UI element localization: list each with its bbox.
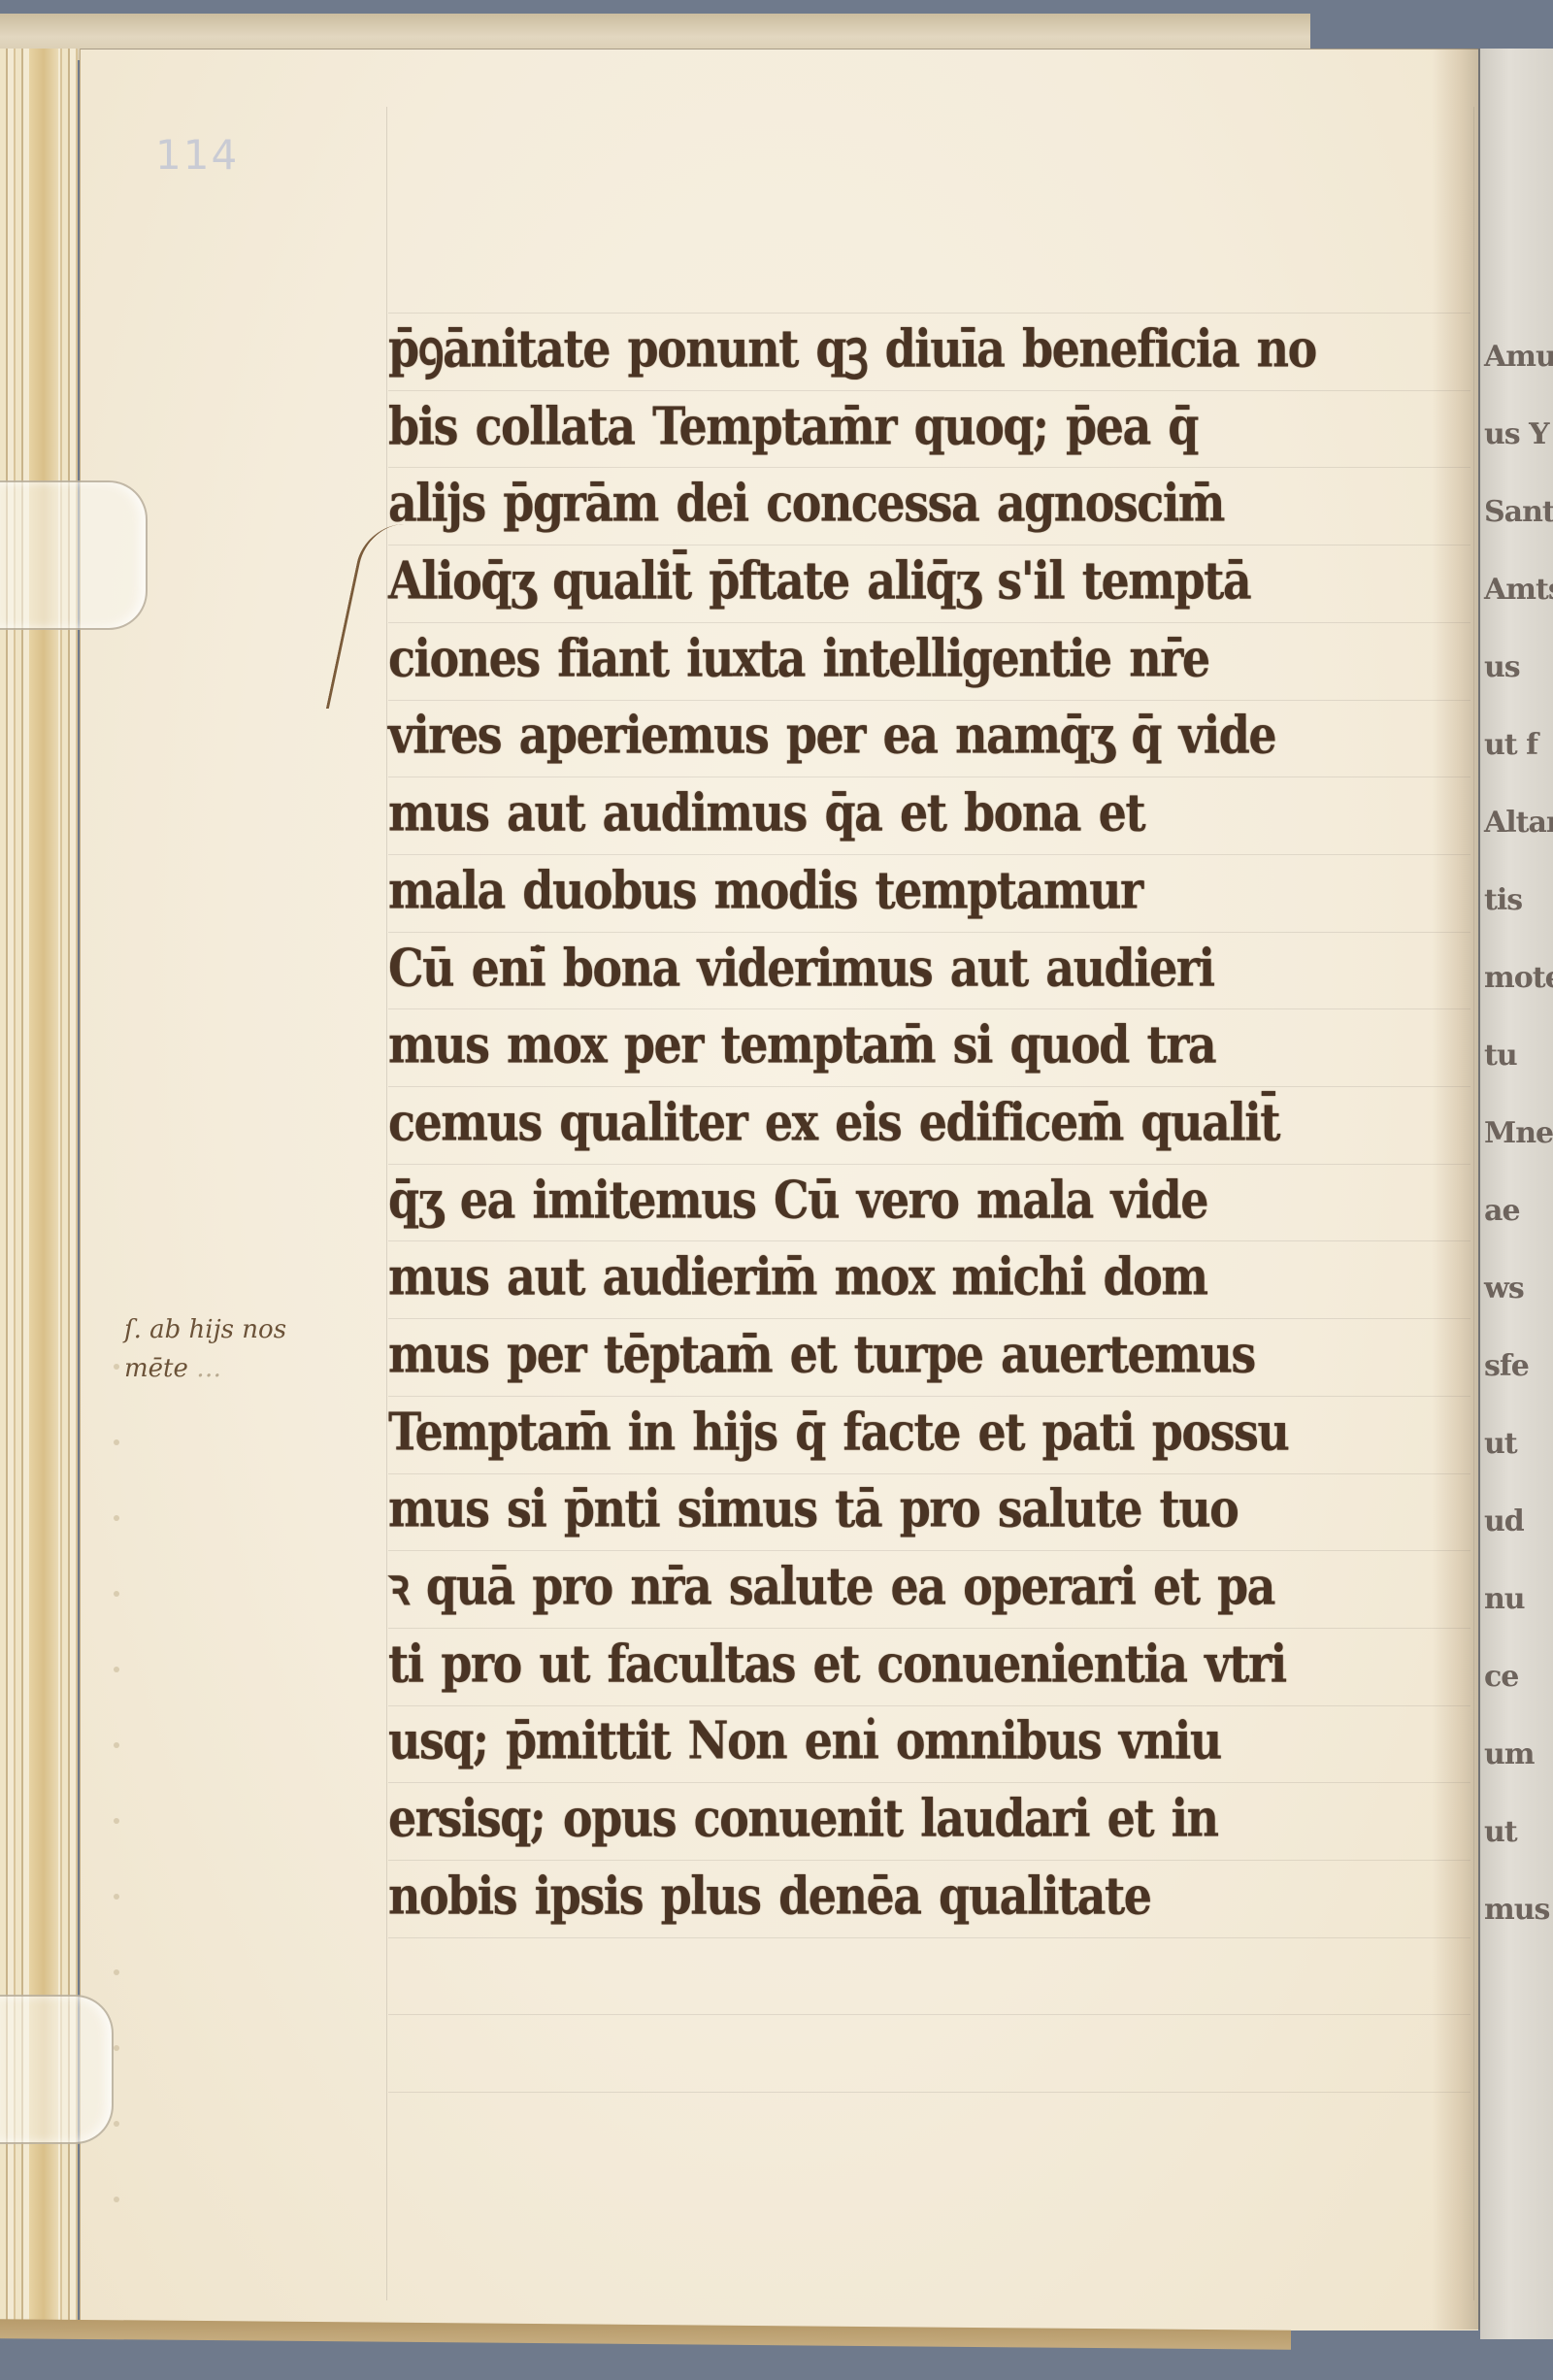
facing-page-text-fragment: ae	[1484, 1194, 1520, 1228]
pricking-hole	[114, 1591, 119, 1597]
pricking-hole	[114, 1818, 119, 1824]
pricking-hole	[114, 1515, 119, 1521]
facing-page-text-fragment: Santi	[1484, 495, 1553, 529]
facing-page-text-fragment: Amu	[1484, 340, 1553, 374]
text-line-2: bis collata Temptam̄r quoq; p̄ea q̄	[388, 382, 1475, 472]
pricking-hole	[114, 1894, 119, 1900]
pricking-hole	[114, 2045, 119, 2051]
pricking-hole	[114, 1742, 119, 1748]
text-line-11: cemus qualiter ex eis edificem̄ qualit̄	[388, 1078, 1475, 1168]
text-line-14: mus per tēptam̄ et turpe auertemus	[388, 1310, 1475, 1400]
facing-page-text-fragment: ut f	[1484, 728, 1537, 762]
facing-page-text-fragment: ws	[1484, 1272, 1524, 1306]
text-line-10: mus mox per temptam̄ si quod tra	[388, 1001, 1475, 1090]
pricking-hole	[114, 1364, 119, 1370]
text-line-1: p̄ꝯānitate ponunt qꝫ diuīa beneficia no	[388, 305, 1475, 394]
facing-page-text-fragment: nu	[1484, 1582, 1525, 1616]
text-line-13: mus aut audierim̄ mox michi dom	[388, 1233, 1475, 1322]
facing-page-text-fragment: us	[1484, 650, 1520, 684]
pricking-hole	[114, 1439, 119, 1445]
text-line-7: mus aut audimus q̄a et bona et	[388, 769, 1475, 858]
facing-page-text-fragment: ut	[1484, 1815, 1517, 1849]
marginal-annotation-line-1: ſ. ab hijs nos	[124, 1310, 286, 1349]
main-text-block: p̄ꝯānitate ponunt qꝫ diuīa beneficia no …	[388, 311, 1475, 1934]
text-line-15: Temptam̄ in hijs q̄ facte et pati possu	[388, 1388, 1475, 1477]
facing-page-text-fragment: mus	[1484, 1893, 1549, 1927]
facing-page-text-fragment: sfe	[1484, 1349, 1529, 1383]
page-clip-lower	[0, 1995, 114, 2144]
pricking-hole	[114, 2121, 119, 2127]
ruled-line	[388, 2014, 1470, 2015]
pricking-hole	[114, 2197, 119, 2202]
text-line-9: Cū eni̇̄ bona viderimus aut audieri	[388, 924, 1475, 1013]
facing-page-text-fragment: tu	[1484, 1039, 1517, 1073]
page-clip-upper	[0, 480, 148, 630]
text-line-3: alijs p̄grām dei concessa agnoscim̄	[388, 459, 1475, 548]
text-line-20: ersisq; opus conuenit laudari et in	[388, 1774, 1475, 1864]
pricking-hole	[114, 1667, 119, 1672]
text-line-17: ꝛ quā pro nr̄a salute ea operari et pa	[388, 1542, 1475, 1632]
text-line-16: mus si p̄nti simus tā pro salute tuo	[388, 1465, 1475, 1554]
text-line-19: usq; p̄mittit Non eni̇ omnibus vniu	[388, 1697, 1475, 1786]
marginal-annotation-word: mēte	[124, 1354, 188, 1383]
text-line-5: ciones fiant iuxta intelligentie nr̄e	[388, 614, 1475, 704]
facing-page-edge: Amuus YSantiAmtsusut fAltartismotetuMnea…	[1480, 49, 1553, 2339]
facing-page-text-fragment: Altar	[1484, 806, 1553, 840]
text-line-4: Alioq̄ʒ qualit̄ p̄ftate aliq̄ʒ s'il temp…	[388, 537, 1475, 626]
folio-number: 114	[155, 131, 239, 179]
marginal-annotation: ſ. ab hijs nos mēte …	[124, 1310, 286, 1388]
gilt-edge	[29, 49, 58, 2330]
facing-page-text-fragment: um	[1484, 1737, 1535, 1771]
text-line-18: ti pro ut facultas et conuenientia vtri	[388, 1620, 1475, 1709]
ruling-frame-left	[386, 107, 387, 2300]
facing-page-text-fragment: Amts	[1484, 573, 1553, 607]
pricking-hole	[114, 1969, 119, 1975]
facing-page-text-fragment: Mne	[1484, 1116, 1553, 1150]
facing-page-text-fragment: mote	[1484, 961, 1553, 995]
text-line-21: nobis ipsis plus denēa qualitate	[388, 1852, 1475, 1941]
facing-page-text-fragment: us Y	[1484, 417, 1549, 451]
marginal-annotation-line-2: mēte …	[124, 1349, 286, 1388]
text-line-12: q̄ʒ ea imitemus Cū vero mala vide	[388, 1156, 1475, 1245]
text-line-8: mala duobus modis temptamur	[388, 846, 1475, 936]
facing-page-text-fragment: ce	[1484, 1660, 1518, 1694]
facing-page-text-fragment: ud	[1484, 1504, 1524, 1538]
facing-page-text-fragment: ut	[1484, 1427, 1517, 1461]
facing-page-text-fragment: tis	[1484, 883, 1522, 917]
text-line-6: vires aperiemus per ea namq̄ʒ q̄ vide	[388, 691, 1475, 780]
ruled-line	[388, 2092, 1470, 2093]
page-stack-edges	[0, 49, 78, 2330]
marginal-annotation-faded: …	[196, 1354, 221, 1383]
